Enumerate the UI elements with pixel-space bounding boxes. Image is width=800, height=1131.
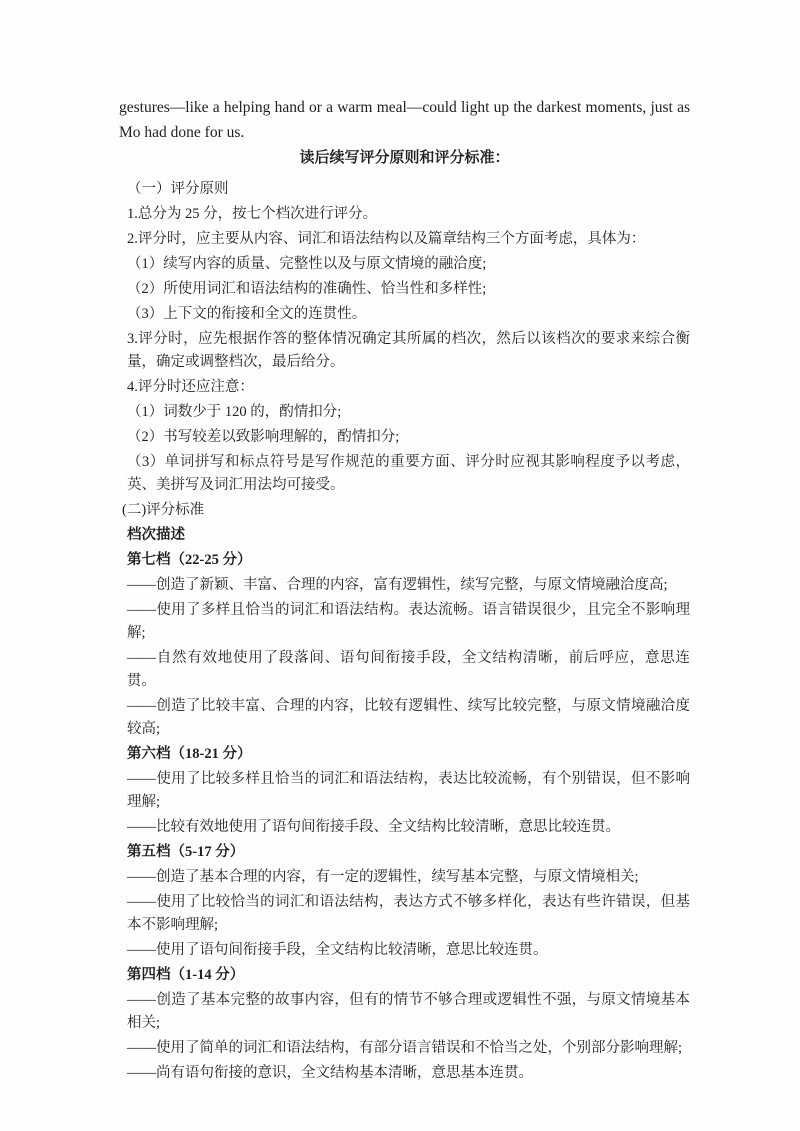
principle-item-2-sub-2: （2）所使用词汇和语法结构的准确性、恰当性和多样性;	[119, 278, 690, 301]
band-five-bullet-2: ——使用了比较恰当的词汇和语法结构，表达方式不够多样化，表达有些许错误，但基本不…	[119, 891, 690, 937]
band-seven-bullet-1: ——创造了新颖、丰富、合理的内容，富有逻辑性，续写完整，与原文情境融洽度高;	[119, 574, 690, 597]
principle-item-3: 3.评分时，应先根据作答的整体情况确定其所属的档次，然后以该档次的要求来综合衡量…	[119, 328, 690, 374]
band-four-title: 第四档（1-14 分）	[119, 964, 690, 987]
band-five-section: 第五档（5-17 分） ——创造了基本合理的内容，有一定的逻辑性，续写基本完整，…	[119, 841, 690, 962]
english-closing-paragraph: gestures—like a helping hand or a warm m…	[119, 95, 690, 145]
band-seven-bullet-4: ——创造了比较丰富、合理的内容，比较有逻辑性、续写比较完整，与原文情境融洽度较高…	[119, 695, 690, 741]
principle-item-2: 2.评分时，应主要从内容、词汇和语法结构以及篇章结构三个方面考虑，具体为：	[119, 228, 690, 251]
principle-item-2-sub-1: （1）续写内容的质量、完整性以及与原文情境的融洽度;	[119, 253, 690, 276]
band-six-bullet-1: ——使用了比较多样且恰当的词汇和语法结构，表达比较流畅，有个别错误，但不影响理解…	[119, 768, 690, 814]
band-five-bullet-3: ——使用了语句间衔接手段，全文结构比较清晰，意思比较连贯。	[119, 939, 690, 962]
band-seven-bullet-2: ——使用了多样且恰当的词汇和语法结构。表达流畅。语言错误很少，且完全不影响理解;	[119, 599, 690, 645]
band-description-label: 档次描述	[119, 524, 690, 547]
band-four-bullet-2: ——使用了简单的词汇和语法结构，有部分语言错误和不恰当之处，个别部分影响理解;	[119, 1037, 690, 1060]
principle-item-4: 4.评分时还应注意：	[119, 376, 690, 399]
band-six-section: 第六档（18-21 分） ——使用了比较多样且恰当的词汇和语法结构，表达比较流畅…	[119, 743, 690, 839]
band-four-bullet-1: ——创造了基本完整的故事内容，但有的情节不够合理或逻辑性不强，与原文情境基本相关…	[119, 989, 690, 1035]
band-five-bullet-1: ——创造了基本合理的内容，有一定的逻辑性，续写基本完整，与原文情境相关;	[119, 866, 690, 889]
document-title: 读后续写评分原则和评分标准：	[119, 147, 690, 170]
band-six-title: 第六档（18-21 分）	[119, 743, 690, 766]
principle-item-4-sub-1: （1）词数少于 120 的，酌情扣分;	[119, 401, 690, 424]
band-seven-bullet-3: ——自然有效地使用了段落间、语句间衔接手段，全文结构清晰，前后呼应，意思连贯。	[119, 647, 690, 693]
principle-item-4-sub-3: （3）单词拼写和标点符号是写作规范的重要方面、评分时应视其影响程度予以考虑，英、…	[119, 451, 690, 497]
section-two-heading: (二)评分标准	[119, 499, 690, 522]
band-five-title: 第五档（5-17 分）	[119, 841, 690, 864]
principle-item-4-sub-2: （2）书写较差以致影响理解的，酌情扣分;	[119, 426, 690, 449]
band-six-bullet-2: ——比较有效地使用了语句间衔接手段、全文结构比较清晰，意思比较连贯。	[119, 816, 690, 839]
principle-item-2-sub-3: （3）上下文的衔接和全文的连贯性。	[119, 303, 690, 326]
document-page: gestures—like a helping hand or a warm m…	[0, 0, 800, 1131]
section-one-heading: （一）评分原则	[119, 178, 690, 201]
band-seven-title: 第七档（22-25 分）	[119, 549, 690, 572]
band-four-bullet-3: ——尚有语句衔接的意识，全文结构基本清晰，意思基本连贯。	[119, 1062, 690, 1085]
principle-item-1: 1.总分为 25 分，按七个档次进行评分。	[119, 203, 690, 226]
document-content: gestures—like a helping hand or a warm m…	[119, 95, 690, 1087]
band-four-section: 第四档（1-14 分） ——创造了基本完整的故事内容，但有的情节不够合理或逻辑性…	[119, 964, 690, 1085]
band-seven-section: 第七档（22-25 分） ——创造了新颖、丰富、合理的内容，富有逻辑性，续写完整…	[119, 549, 690, 741]
